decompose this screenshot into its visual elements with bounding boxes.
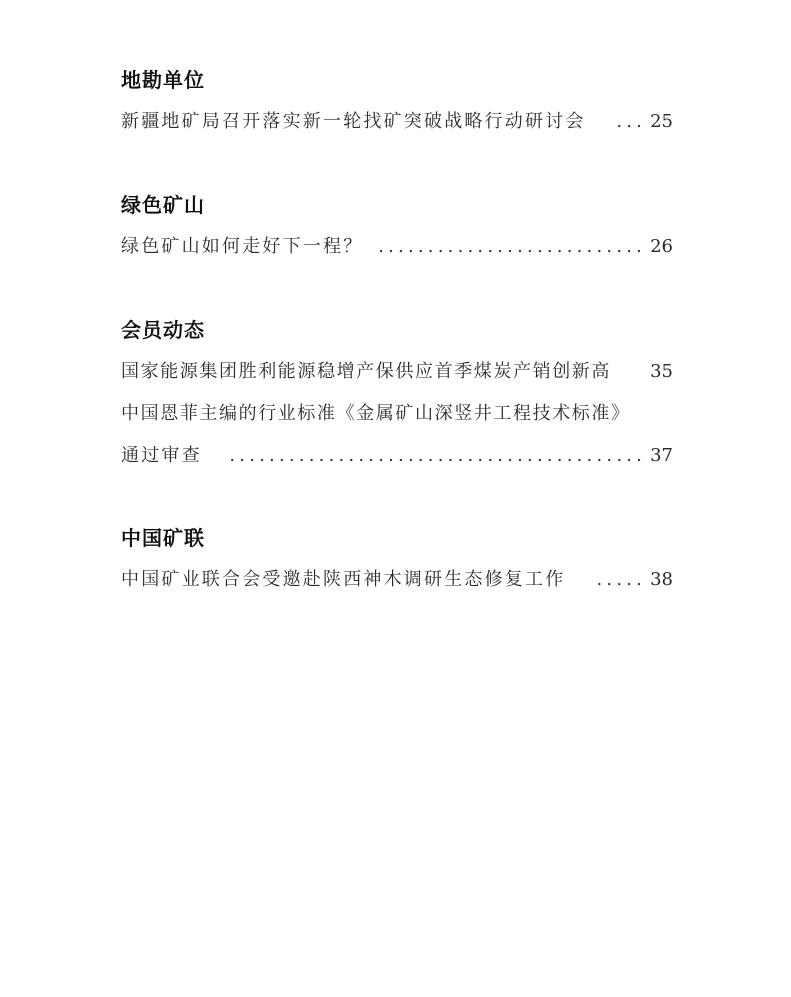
entry-title: 通过审查 [121,444,202,468]
page-number: 25 [650,110,673,134]
entry-title-line-1: 中国恩菲主编的行业标准《金属矿山深竖井工程技术标准》 [121,402,673,426]
page-number: 26 [650,235,673,259]
section-heading: 会员动态 [121,316,673,344]
toc-entry[interactable]: 绿色矿山如何走好下一程？ ...........................… [121,235,673,259]
entry-title: 新疆地矿局召开落实新一轮找矿突破战略行动研讨会 [121,110,586,134]
entry-continuation: 通过审查 ...................................… [121,444,673,468]
section-heading: 中国矿联 [121,524,673,552]
toc-section-green-mines: 绿色矿山 绿色矿山如何走好下一程？ ......................… [121,191,673,259]
toc-section-china-mining-association: 中国矿联 中国矿业联合会受邀赴陕西神木调研生态修复工作 ..... 38 [121,524,673,592]
toc-entry[interactable]: 中国恩菲主编的行业标准《金属矿山深竖井工程技术标准》 通过审查 ........… [121,402,673,468]
page-number: 35 [650,360,673,384]
toc-section-geological-units: 地勘单位 新疆地矿局召开落实新一轮找矿突破战略行动研讨会 ... 25 [121,66,673,134]
page-number: 37 [650,444,673,468]
entry-title: 国家能源集团胜利能源稳增产保供应首季煤炭产销创新高 [121,360,611,384]
dot-leader: ........................................… [202,444,650,468]
entry-title: 中国矿业联合会受邀赴陕西神木调研生态修复工作 [121,568,565,592]
toc-section-member-news: 会员动态 国家能源集团胜利能源稳增产保供应首季煤炭产销创新高 35 中国恩菲主编… [121,316,673,468]
toc-entry[interactable]: 新疆地矿局召开落实新一轮找矿突破战略行动研讨会 ... 25 [121,110,673,134]
page-number: 38 [650,568,673,592]
dot-leader: ........................... [363,235,650,259]
section-heading: 绿色矿山 [121,191,673,219]
toc-entry[interactable]: 中国矿业联合会受邀赴陕西神木调研生态修复工作 ..... 38 [121,568,673,592]
dot-leader: ..... [565,568,650,592]
toc-entry[interactable]: 国家能源集团胜利能源稳增产保供应首季煤炭产销创新高 35 [121,360,673,384]
section-heading: 地勘单位 [121,66,673,94]
dot-leader: ... [586,110,650,134]
entry-title: 绿色矿山如何走好下一程？ [121,235,363,259]
